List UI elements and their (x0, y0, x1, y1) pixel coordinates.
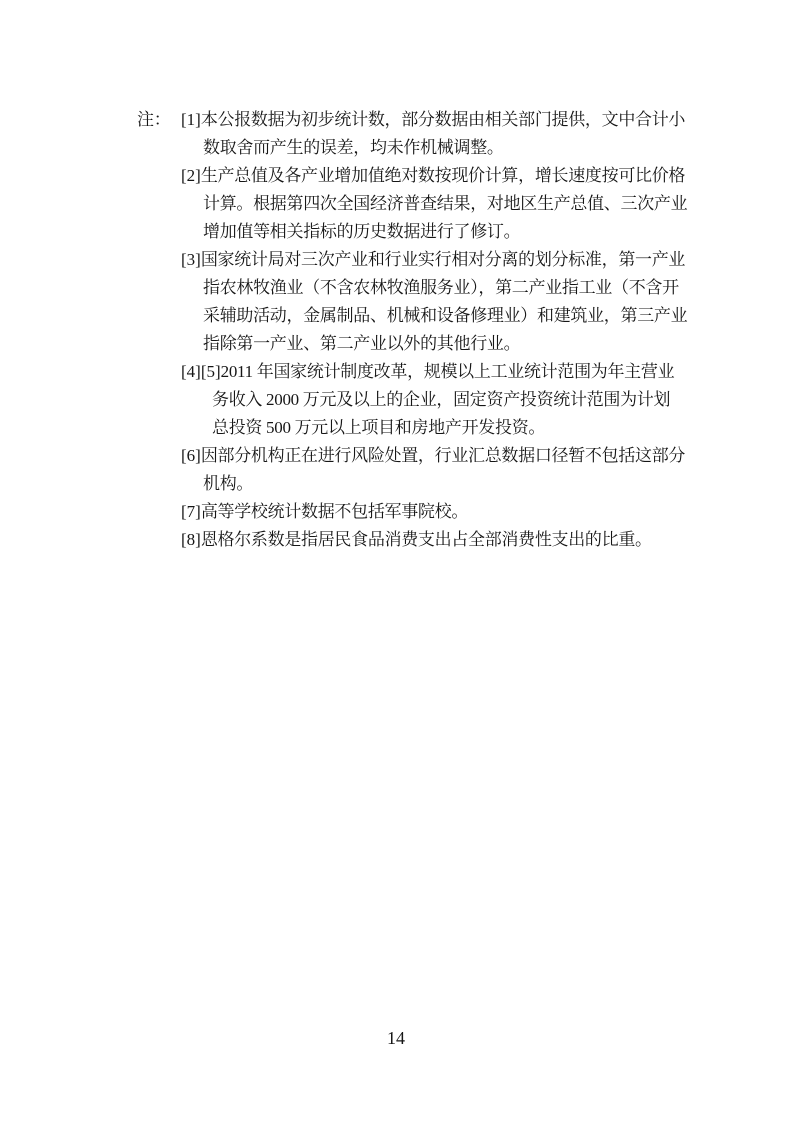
note-line: 指除第一产业、第二产业以外的其他行业。 (203, 330, 697, 358)
note-line: 总投资 500 万元以上项目和房地产开发投资。 (212, 414, 697, 442)
note-item-6: [6]因部分机构正在进行风险处置，行业汇总数据口径暂不包括这部分 机构。 (181, 442, 697, 498)
note-text: 因部分机构正在进行风险处置，行业汇总数据口径暂不包括这部分 (201, 446, 685, 465)
note-text: 国家统计局对三次产业和行业实行相对分离的划分标准，第一产业 (201, 250, 685, 269)
notes-body: [1]本公报数据为初步统计数，部分数据由相关部门提供，文中合计小 数取舍而产生的… (181, 106, 697, 554)
note-marker: [2] (181, 166, 201, 185)
note-marker: [6] (181, 446, 201, 465)
note-text: 恩格尔系数是指居民食品消费支出占全部消费性支出的比重。 (201, 530, 652, 549)
note-line: 指农林牧渔业（不含农林牧渔服务业），第二产业指工业（不含开 (203, 274, 697, 302)
note-item-3: [3]国家统计局对三次产业和行业实行相对分离的划分标准，第一产业 指农林牧渔业（… (181, 246, 697, 358)
note-text: 高等学校统计数据不包括军事院校。 (201, 502, 468, 521)
note-item-4-5: [4][5]2011 年国家统计制度改革，规模以上工业统计范围为年主营业 务收入… (181, 358, 697, 442)
note-line: [7]高等学校统计数据不包括军事院校。 (181, 498, 697, 526)
note-line: 采辅助活动，金属制品、机械和设备修理业）和建筑业，第三产业 (203, 302, 697, 330)
note-item-2: [2]生产总值及各产业增加值绝对数按现价计算，增长速度按可比价格 计算。根据第四… (181, 162, 697, 246)
note-line: [6]因部分机构正在进行风险处置，行业汇总数据口径暂不包括这部分 (181, 442, 697, 470)
note-item-8: [8]恩格尔系数是指居民食品消费支出占全部消费性支出的比重。 (181, 526, 697, 554)
note-line: [3]国家统计局对三次产业和行业实行相对分离的划分标准，第一产业 (181, 246, 697, 274)
note-marker: [8] (181, 530, 201, 549)
note-line: 机构。 (203, 470, 697, 498)
note-marker: [1] (181, 110, 201, 129)
notes-section: 注： [1]本公报数据为初步统计数，部分数据由相关部门提供，文中合计小 数取舍而… (137, 106, 697, 554)
note-line: [2]生产总值及各产业增加值绝对数按现价计算，增长速度按可比价格 (181, 162, 697, 190)
note-line: 务收入 2000 万元及以上的企业，固定资产投资统计范围为计划 (212, 386, 697, 414)
note-item-1: [1]本公报数据为初步统计数，部分数据由相关部门提供，文中合计小 数取舍而产生的… (181, 106, 697, 162)
note-line: [4][5]2011 年国家统计制度改革，规模以上工业统计范围为年主营业 (181, 358, 697, 386)
note-marker: [3] (181, 250, 201, 269)
note-line: 增加值等相关指标的历史数据进行了修订。 (203, 218, 697, 246)
note-text: 2011 年国家统计制度改革，规模以上工业统计范围为年主营业 (221, 362, 675, 381)
notes-label: 注： (137, 106, 170, 134)
note-item-7: [7]高等学校统计数据不包括军事院校。 (181, 498, 697, 526)
note-marker: [4][5] (181, 362, 221, 381)
note-text: 生产总值及各产业增加值绝对数按现价计算，增长速度按可比价格 (201, 166, 685, 185)
note-text: 本公报数据为初步统计数，部分数据由相关部门提供，文中合计小 (201, 110, 685, 129)
note-line: [1]本公报数据为初步统计数，部分数据由相关部门提供，文中合计小 (181, 106, 697, 134)
note-line: 计算。根据第四次全国经济普查结果，对地区生产总值、三次产业 (203, 190, 697, 218)
page-number: 14 (0, 1026, 792, 1050)
note-marker: [7] (181, 502, 201, 521)
note-line: 数取舍而产生的误差，均未作机械调整。 (203, 134, 697, 162)
document-page: 注： [1]本公报数据为初步统计数，部分数据由相关部门提供，文中合计小 数取舍而… (0, 0, 792, 1122)
note-line: [8]恩格尔系数是指居民食品消费支出占全部消费性支出的比重。 (181, 526, 697, 554)
